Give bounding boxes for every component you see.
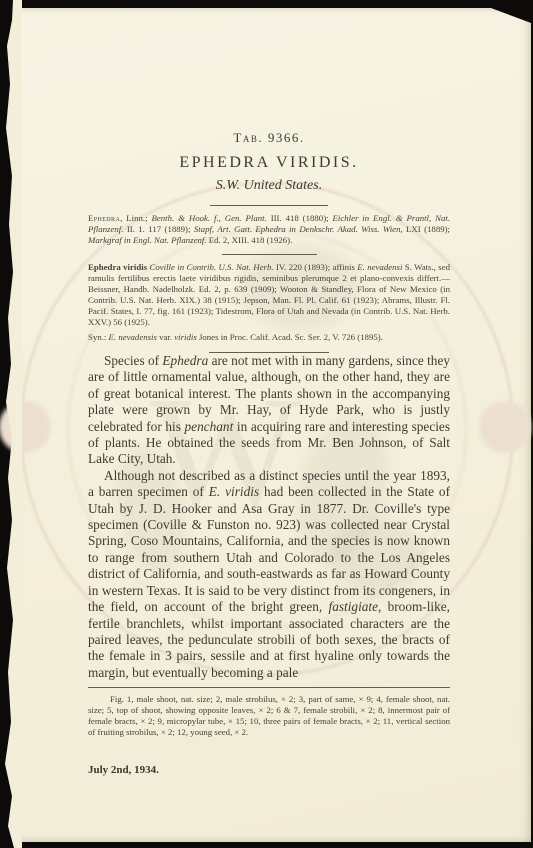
species-citation: Ephedra viridis Coville in Contrib. U.S.…	[88, 262, 450, 328]
publication-date: July 2nd, 1934.	[88, 764, 450, 776]
stamp-boss-right	[479, 401, 531, 453]
region-subtitle: S.W. United States.	[88, 178, 450, 194]
divider-rule-4	[88, 687, 450, 688]
figure-caption: Fig. 1, male shoot, nat. size; 2, male s…	[88, 694, 450, 738]
divider-rule-1	[210, 205, 328, 206]
synonym-line: Syn.: E. nevadensis var. viridis Jones i…	[88, 332, 450, 343]
genus-citation: Ephedra, Linn.; Benth. & Hook. f., Gen. …	[88, 213, 450, 246]
body-paragraph-2: Although not described as a distinct spe…	[88, 468, 450, 681]
torn-edge-left	[0, 0, 22, 848]
scanned-plate-page: W Tab. 9366. EPHEDRA VIRIDIS. S.W. Unite…	[0, 0, 533, 848]
body-paragraph-1: Species of Ephedra are not met with in m…	[88, 353, 450, 468]
corner-shadow-top-right	[491, 8, 531, 23]
divider-rule-2	[222, 254, 317, 255]
plate-number: Tab. 9366.	[88, 130, 450, 146]
species-title: EPHEDRA VIRIDIS.	[88, 154, 450, 172]
text-column: Tab. 9366. EPHEDRA VIRIDIS. S.W. United …	[88, 130, 450, 776]
